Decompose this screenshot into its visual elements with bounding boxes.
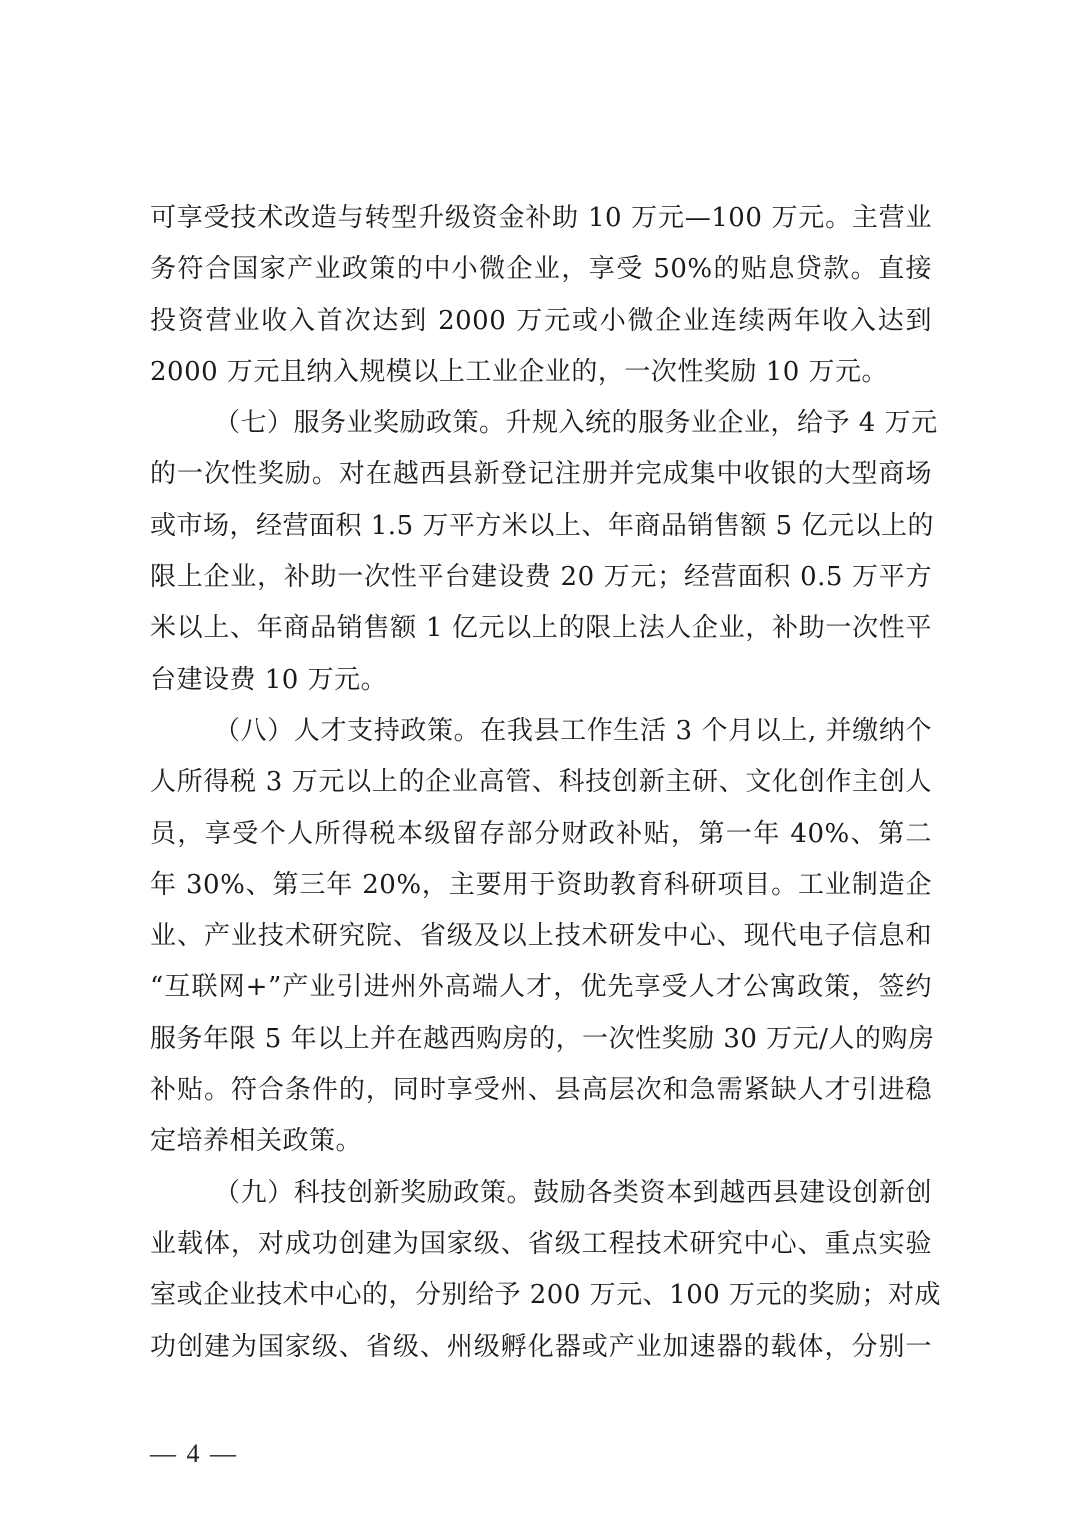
text-line: “互联网+”产业引进州外高端人才，优先享受人才公寓政策，签约 [150, 962, 932, 1013]
text-line: 年 30%、第三年 20%，主要用于资助教育科研项目。工业制造企 [150, 860, 932, 911]
paragraph-section-7-service-industry: （七）服务业奖励政策。升规入统的服务业企业，给予 4 万元 的一次性奖励。对在越… [150, 398, 932, 706]
section-heading-line: （九）科技创新奖励政策。鼓励各类资本到越西县建设创新创 [150, 1168, 932, 1219]
paragraph-section-8-talent-support: （八）人才支持政策。在我县工作生活 3 个月以上, 并缴纳个 人所得税 3 万元… [150, 706, 932, 1168]
text-line: 室或企业技术中心的，分别给予 200 万元、100 万元的奖励；对成 [150, 1270, 932, 1321]
paragraph-continued: 可享受技术改造与转型升级资金补助 10 万元—100 万元。主营业 务符合国家产… [150, 193, 932, 398]
text-line: 定培养相关政策。 [150, 1116, 932, 1167]
text-line: 人所得税 3 万元以上的企业高管、科技创新主研、文化创作主创人 [150, 757, 932, 808]
text-line: 可享受技术改造与转型升级资金补助 10 万元—100 万元。主营业 [150, 193, 932, 244]
section-heading-line: （八）人才支持政策。在我县工作生活 3 个月以上, 并缴纳个 [150, 706, 932, 757]
text-line: 服务年限 5 年以上并在越西购房的，一次性奖励 30 万元/人的购房 [150, 1014, 932, 1065]
text-line: 2000 万元且纳入规模以上工业企业的，一次性奖励 10 万元。 [150, 347, 932, 398]
text-line: 业、产业技术研究院、省级及以上技术研发中心、现代电子信息和 [150, 911, 932, 962]
paragraph-section-9-tech-innovation: （九）科技创新奖励政策。鼓励各类资本到越西县建设创新创 业载体，对成功创建为国家… [150, 1168, 932, 1373]
section-heading-line: （七）服务业奖励政策。升规入统的服务业企业，给予 4 万元 [150, 398, 932, 449]
text-line: 功创建为国家级、省级、州级孵化器或产业加速器的载体，分别一 [150, 1322, 932, 1373]
text-line: 补贴。符合条件的，同时享受州、县高层次和急需紧缺人才引进稳 [150, 1065, 932, 1116]
text-line: 米以上、年商品销售额 1 亿元以上的限上法人企业，补助一次性平 [150, 603, 932, 654]
document-body: 可享受技术改造与转型升级资金补助 10 万元—100 万元。主营业 务符合国家产… [150, 193, 932, 1373]
page-number: — 4 — [150, 1434, 238, 1474]
text-line: 员，享受个人所得税本级留存部分财政补贴，第一年 40%、第二 [150, 809, 932, 860]
text-line: 台建设费 10 万元。 [150, 655, 932, 706]
text-line: 限上企业，补助一次性平台建设费 20 万元；经营面积 0.5 万平方 [150, 552, 932, 603]
text-line: 投资营业收入首次达到 2000 万元或小微企业连续两年收入达到 [150, 296, 932, 347]
text-line: 务符合国家产业政策的中小微企业，享受 50%的贴息贷款。直接 [150, 244, 932, 295]
text-line: 的一次性奖励。对在越西县新登记注册并完成集中收银的大型商场 [150, 449, 932, 500]
text-line: 或市场，经营面积 1.5 万平方米以上、年商品销售额 5 亿元以上的 [150, 501, 932, 552]
text-line: 业载体，对成功创建为国家级、省级工程技术研究中心、重点实验 [150, 1219, 932, 1270]
